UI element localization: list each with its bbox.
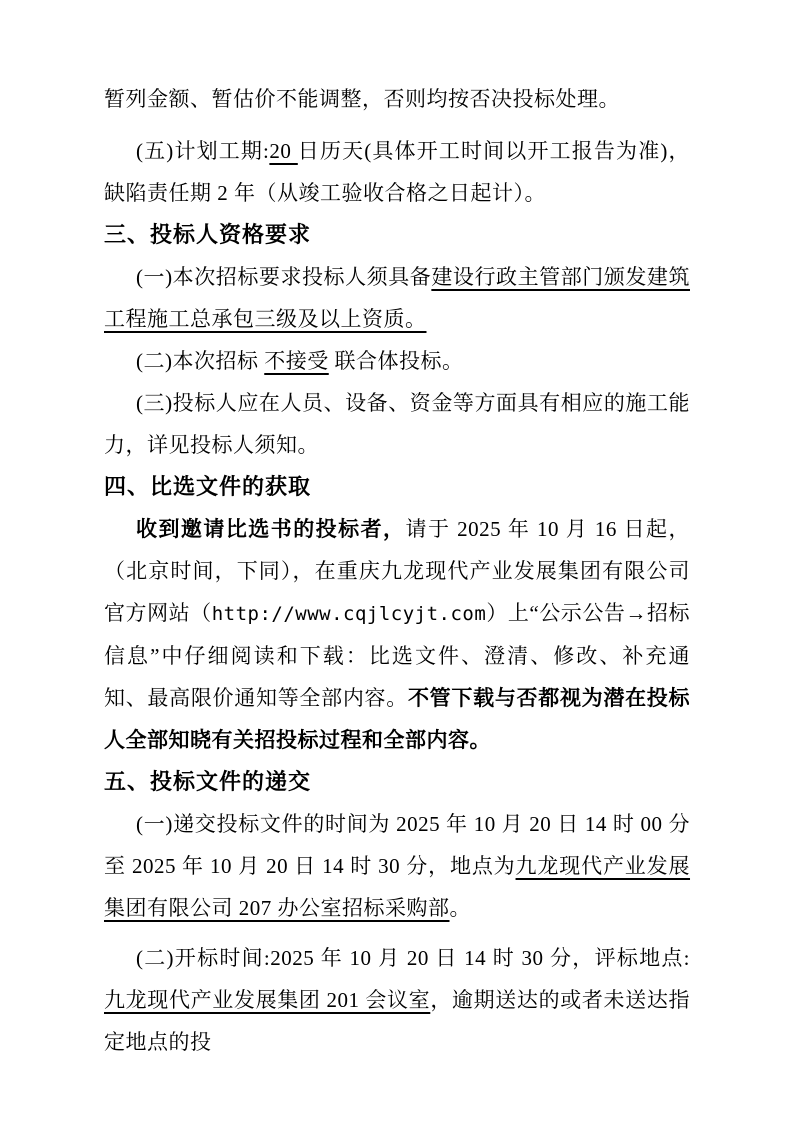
- underlined-text: 20: [269, 139, 297, 163]
- paragraph: 收到邀请比选书的投标者，请于 2025 年 10 月 16 日起，（北京时间，下…: [104, 508, 690, 761]
- text-run: (一)本次招标要求投标人须具备: [136, 265, 431, 289]
- paragraph: (二)本次招标 不接受 联合体投标。: [104, 340, 690, 382]
- paragraph: (一)递交投标文件的时间为 2025 年 10 月 20 日 14 时 00 分…: [104, 803, 690, 929]
- bold-text: 收到邀请比选书的投标者，: [136, 517, 406, 541]
- text-run: (二)开标时间:2025 年 10 月 20 日 14 时 30 分，评标地点:: [136, 946, 690, 970]
- text-run: 三、投标人资格要求: [104, 222, 311, 247]
- paragraph: (三)投标人应在人员、设备、资金等方面具有相应的施工能力，详见投标人须知。: [104, 382, 690, 466]
- url-text: http://www.cqjlcyjt.com: [212, 603, 487, 625]
- text-run: 五、投标文件的递交: [104, 769, 311, 794]
- document-body: 暂列金额、暂估价不能调整，否则均按否决投标处理。(五)计划工期:20 日历天(具…: [104, 78, 690, 1063]
- section-heading: 五、投标文件的递交: [104, 761, 690, 803]
- section-heading: 三、投标人资格要求: [104, 214, 690, 256]
- underlined-text: 九龙现代产业发展集团 201 会议室: [104, 988, 430, 1012]
- text-run: 四、比选文件的获取: [104, 474, 311, 499]
- section-heading: 四、比选文件的获取: [104, 466, 690, 508]
- text-run: 暂列金额、暂估价不能调整，否则均按否决投标处理。: [104, 87, 620, 111]
- underlined-text: 不接受: [264, 349, 329, 373]
- document-page: 暂列金额、暂估价不能调整，否则均按否决投标处理。(五)计划工期:20 日历天(具…: [0, 0, 793, 1122]
- paragraph: (二)开标时间:2025 年 10 月 20 日 14 时 30 分，评标地点:…: [104, 937, 690, 1063]
- paragraph: 暂列金额、暂估价不能调整，否则均按否决投标处理。: [104, 78, 690, 120]
- paragraph: (一)本次招标要求投标人须具备建设行政主管部门颁发建筑工程施工总承包三级及以上资…: [104, 256, 690, 340]
- text-run: (二)本次招标: [136, 349, 264, 373]
- text-run: 联合体投标。: [329, 349, 464, 373]
- text-run: (五)计划工期:: [136, 139, 269, 163]
- text-run: 。: [450, 896, 472, 920]
- text-run: (三)投标人应在人员、设备、资金等方面具有相应的施工能力，详见投标人须知。: [104, 391, 690, 457]
- paragraph: (五)计划工期:20 日历天(具体开工时间以开工报告为准)，缺陷责任期 2 年（…: [104, 130, 690, 214]
